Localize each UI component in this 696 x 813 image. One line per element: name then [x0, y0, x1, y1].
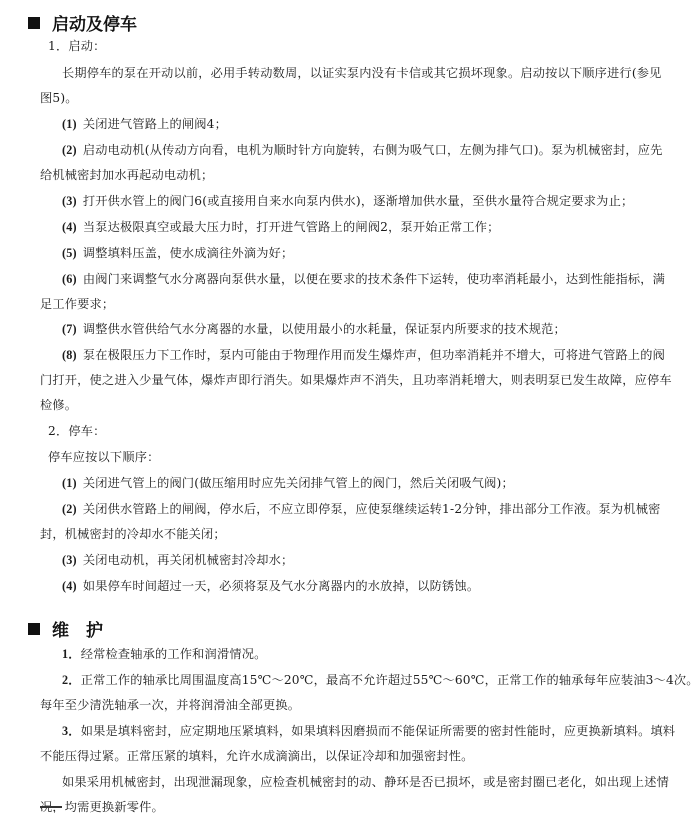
startup-step-2-cont: 给机械密封加水再起动电动机；	[40, 166, 213, 183]
square-bullet-icon	[28, 623, 40, 635]
startup-step-2: (2)启动电动机(从传动方向看，电机为顺时针方向旋转，右侧为吸气口，左侧为排气口…	[62, 141, 663, 158]
paragraph-line: 图5)。	[40, 89, 78, 106]
startup-step-6: (6)由阀门来调整气水分离器向泵供水量，以便在要求的技术条件下运转，使功率消耗最…	[62, 270, 665, 287]
startup-step-8-cont2: 检修。	[40, 396, 77, 413]
startup-step-6-cont: 足工作要求；	[40, 295, 114, 312]
section-title: 维 护	[52, 616, 103, 641]
startup-step-7: (7)调整供水管供给气水分离器的水量，以使用最小的水耗量，保证泵内所要求的技术规…	[62, 320, 566, 337]
mechanical-seal-paragraph: 如果采用机械密封，出现泄漏现象，应检查机械密封的动、静环是否已损坏，或是密封圈已…	[62, 773, 669, 790]
paragraph-line: 长期停车的泵在开动以前，必用手转动数周，以证实泵内没有卡信或其它损坏现象。启动按…	[62, 64, 662, 81]
maintenance-item-2: 2．正常工作的轴承比周围温度高15℃～20℃，最高不允许超过55℃～60℃，正常…	[62, 671, 696, 688]
startup-step-1: (1)关闭进气管路上的闸阀4；	[62, 115, 227, 132]
maintenance-item-2-cont: 每年至少清洗轴承一次，并将润滑油全部更换。	[40, 696, 300, 713]
subsection-heading-startup: 1．启动：	[48, 37, 106, 54]
startup-step-8-cont: 门打开，使之进入少量气体，爆炸声即行消失。如果爆炸声不消失，且功率消耗增大，则表…	[40, 371, 672, 388]
shutdown-step-2: (2)关闭供水管路上的闸阀，停水后，不应立即停泵，应使泵继续运转1-2分钟，排出…	[62, 500, 660, 517]
shutdown-intro: 停车应按以下顺序：	[48, 448, 160, 465]
shutdown-step-1: (1)关闭进气管上的阀门(做压缩用时应先关闭排气管上的阀门，然后关闭吸气阀)；	[62, 474, 514, 491]
maintenance-item-1: 1．经常检查轴承的工作和润滑情况。	[62, 645, 267, 662]
startup-step-8: (8)泵在极限压力下工作时，泵内可能由于物理作用而发生爆炸声，但功率消耗并不增大…	[62, 346, 665, 363]
square-bullet-icon	[28, 17, 40, 29]
section-title: 启动及停车	[52, 10, 137, 35]
section-heading-startup-shutdown: 启动及停车	[28, 10, 137, 35]
document-page: 启动及停车 1．启动： 长期停车的泵在开动以前，必用手转动数周，以证实泵内没有卡…	[0, 0, 696, 813]
shutdown-step-2-cont: 封，机械密封的冷却水不能关闭；	[40, 525, 226, 542]
startup-step-3: (3)打开供水管上的阀门6(或直接用自来水向泵内供水)，逐渐增加供水量，至供水量…	[62, 192, 633, 209]
section-heading-maintenance: 维 护	[28, 616, 103, 641]
page-number-fragment	[40, 806, 62, 812]
startup-step-5: (5)调整填料压盖，使水成滴往外滴为好；	[62, 244, 293, 261]
shutdown-step-4: (4)如果停车时间超过一天，必须将泵及气水分离器内的水放掉，以防锈蚀。	[62, 577, 479, 594]
startup-step-4: (4)当泵达极限真空或最大压力时，打开进气管路上的闸阀2，泵开始正常工作；	[62, 218, 500, 235]
shutdown-step-3: (3)关闭电动机，再关闭机械密封冷却水；	[62, 551, 293, 568]
subsection-heading-shutdown: 2．停车：	[48, 422, 106, 439]
maintenance-item-3: 3．如果是填料密封，应定期地压紧填料，如果填料因磨损而不能保证所需要的密封性能时…	[62, 722, 675, 739]
maintenance-item-3-cont: 不能压得过紧。正常压紧的填料，允许水成滴滴出，以保证冷却和加强密封性。	[40, 747, 474, 764]
